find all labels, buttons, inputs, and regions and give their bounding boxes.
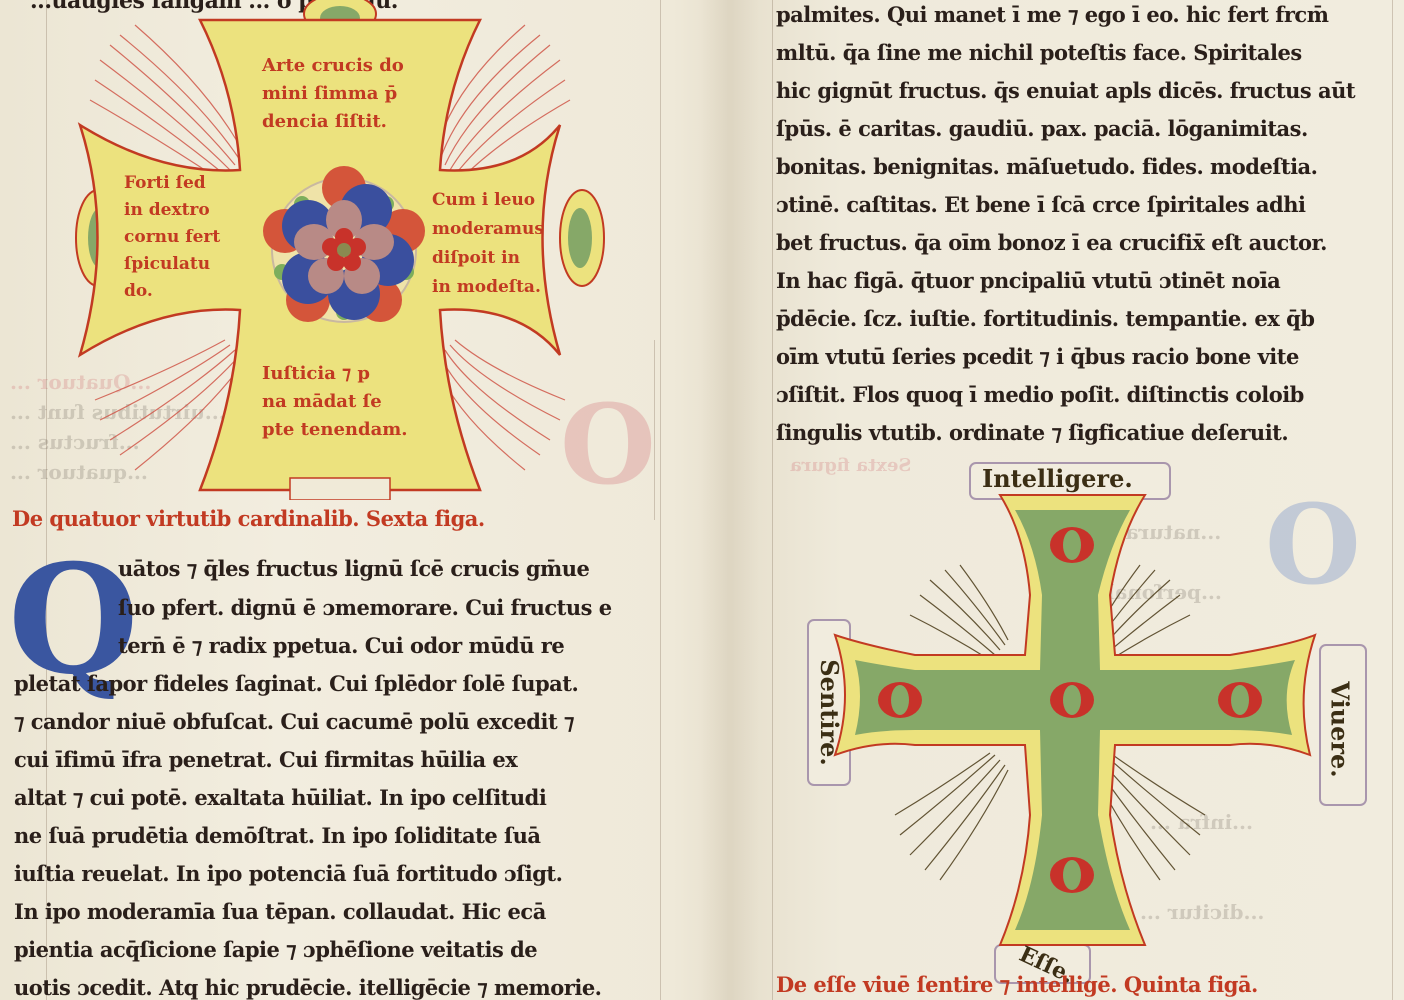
cross-arm-bottom-text: Iuſticia ⁊ p na mādat ſe pte tenendam. <box>262 360 408 444</box>
scroll-label-top: Intelligere. <box>982 464 1133 493</box>
text-line: In ipo moderamīa ſua tēpan. collaudat. H… <box>14 899 546 924</box>
text-line: bet fructus. q̄a oīm bonoz ī ea crucifix… <box>776 230 1327 255</box>
text-line: pletat ſapor fideles ſaginat. Cui ſplēdo… <box>14 671 578 696</box>
scroll-label-right: Viuere. <box>1326 681 1355 777</box>
text-line: altat ⁊ cui potē. exaltata hūiliat. In i… <box>14 785 546 810</box>
being-cross-figure <box>800 455 1380 990</box>
text-line: oīm vtutū ſeries pcedit ⁊ i q̄bus racio … <box>776 344 1299 369</box>
text-line: ne ſuā prudētia demōſtrat. In ipo ſolidi… <box>14 823 540 848</box>
text-line: palmites. Qui manet ī me ⁊ ego ī eo. hic… <box>776 2 1328 27</box>
text-line: p̄dēcie. ſcz. iuſtie. fortitudinis. temp… <box>776 306 1314 331</box>
text-line: uotis ɔcedit. Atq hic prudēcie. itelligē… <box>14 975 602 1000</box>
cross-arm-right-text: Cum i leuo moderamus diſpoit in in modeſ… <box>432 186 544 302</box>
text-line: In hac figā. q̄tuor pncipaliū vtutū ɔtin… <box>776 268 1280 293</box>
manuscript-page: ...Quatuor ... ...uirtutibus ſunt ... ..… <box>0 0 1404 1000</box>
text-line: cui īfimū īfra penetrat. Cui firmitas hū… <box>14 747 517 772</box>
text-line: mltū. q̄a ſine me nichil poteſtis face. … <box>776 40 1302 65</box>
ruling-line <box>772 0 773 1000</box>
cross-arm-left-text: Forti ſed in dextro cornu fert ſpiculatu… <box>124 170 220 305</box>
text-line: ſpūs. ē caritas. gaudiū. pax. paciā. lōg… <box>776 116 1308 141</box>
rubric-heading: De quatuor virtutib cardinalib. Sexta fi… <box>12 506 485 531</box>
text-line: uātos ⁊ q̄les fructus lignū ſcē crucis g… <box>118 556 589 581</box>
rubric-heading: De eſſe viuē ſentire ⁊ intelligē. Quinta… <box>776 972 1258 997</box>
text-line: ɔſiſtit. Flos quoq ī medio poſit. diſtin… <box>776 382 1304 407</box>
text-line: ɔtinē. caſtitas. Et bene ī ſcā crce ſpir… <box>776 192 1305 217</box>
ruling-line <box>46 0 47 1000</box>
ruling-line <box>660 0 661 1000</box>
text-line: ſingulis vtutib. ordinate ⁊ ſigficatiue … <box>776 420 1288 445</box>
text-line: tern̄ ē ⁊ radix ppetua. Cui odor mūdū re <box>118 633 564 658</box>
text-line: hic gignūt fructus. q̄s enuiat apls dicē… <box>776 78 1355 103</box>
page-gutter <box>700 0 760 1000</box>
text-line: ſuo pfert. dignū ē ɔmemorare. Cui fructu… <box>118 595 612 620</box>
cross-arm-top-text: Arte crucis do mini ſimma p̄ dencia ſiſt… <box>262 52 404 136</box>
text-line: pientia acq̄ſicione ſapie ⁊ ɔphēſione ve… <box>14 937 537 962</box>
scroll-label-left: Sentire. <box>815 659 844 766</box>
ruling-line <box>1392 0 1393 1000</box>
text-line: bonitas. benignitas. māſuetudo. fides. m… <box>776 154 1317 179</box>
text-line: iuſtia reuelat. In ipo potenciā ſuā fort… <box>14 861 562 886</box>
text-line: ⁊ candor niuē obfuſcat. Cui cacumē polū … <box>14 709 574 734</box>
